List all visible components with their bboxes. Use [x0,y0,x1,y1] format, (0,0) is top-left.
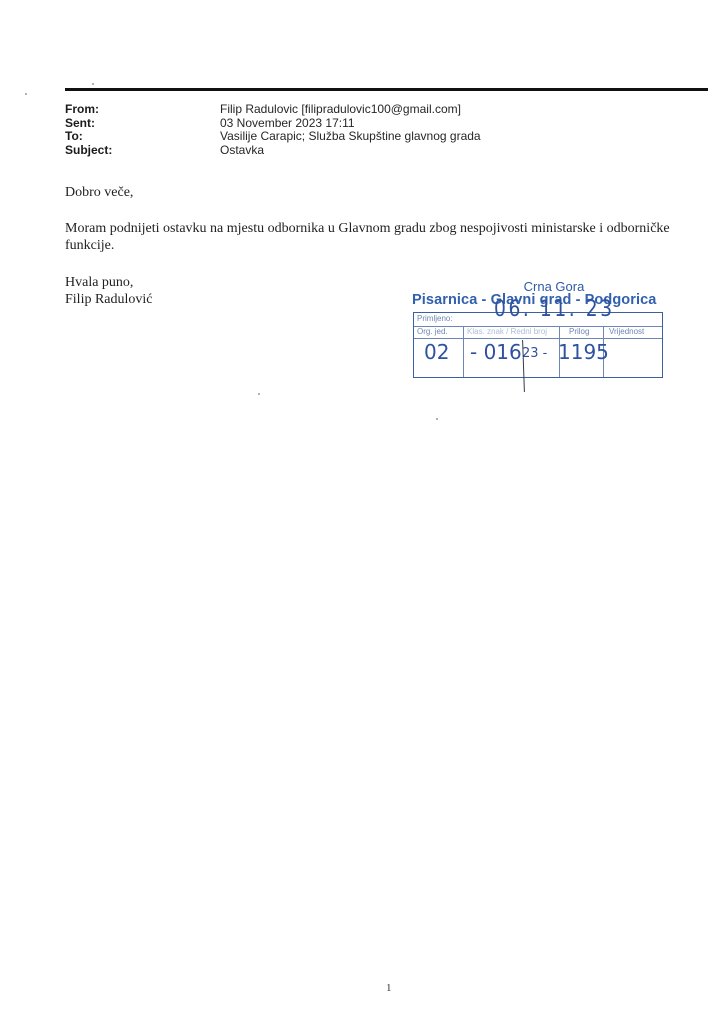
header-row-to: To: Vasilije Carapic; Služba Skupštine g… [65,130,481,144]
column-attachment: Prilog [569,327,603,336]
handwritten-org-unit: 02 [424,340,449,364]
scanned-page: From: Filip Radulovic [filipradulovic100… [0,0,724,1024]
page-number: 1 [386,982,392,994]
scan-speck [436,418,438,420]
closing-line: Hvala puno, [65,274,153,291]
body-paragraph: Moram podnijeti ostavku na mjestu odborn… [65,220,715,254]
header-row-from: From: Filip Radulovic [filipradulovic100… [65,103,481,117]
signature: Filip Radulović [65,291,153,308]
received-label: Primljeno: [417,314,453,323]
registry-stamp: Crna Gora Pisarnica - Glavni grad - Podg… [410,280,668,390]
handwritten-received-date: 06. 11. 23 [494,297,615,322]
from-label: From: [65,103,220,117]
column-org-unit: Org. jed. [417,327,461,336]
email-header: From: Filip Radulovic [filipradulovic100… [65,103,481,157]
from-value: Filip Radulovic [filipradulovic100@gmail… [220,103,461,117]
scan-speck [258,393,260,395]
column-value: Vrijednost [609,327,661,336]
header-rule [65,88,708,91]
scan-speck [25,93,27,95]
handwritten-year: 23 - [522,346,547,361]
column-divider [463,326,464,377]
header-row-sent: Sent: 03 November 2023 17:11 [65,117,481,131]
sent-label: Sent: [65,117,220,131]
to-label: To: [65,130,220,144]
subject-label: Subject: [65,144,220,158]
sent-value: 03 November 2023 17:11 [220,117,355,131]
greeting: Dobro veče, [65,184,133,201]
stamp-column-headers: Org. jed. Klas. znak / Redni broj Prilog… [414,326,662,339]
column-class-serial: Klas. znak / Redni broj [467,327,557,336]
to-value: Vasilije Carapic; Služba Skupštine glavn… [220,130,481,144]
closing-block: Hvala puno, Filip Radulović [65,274,153,308]
header-row-subject: Subject: Ostavka [65,144,481,158]
handwritten-serial: 1195 [558,340,609,364]
handwritten-class-code: - 016 [470,340,522,364]
subject-value: Ostavka [220,144,264,158]
scan-speck [92,83,94,85]
